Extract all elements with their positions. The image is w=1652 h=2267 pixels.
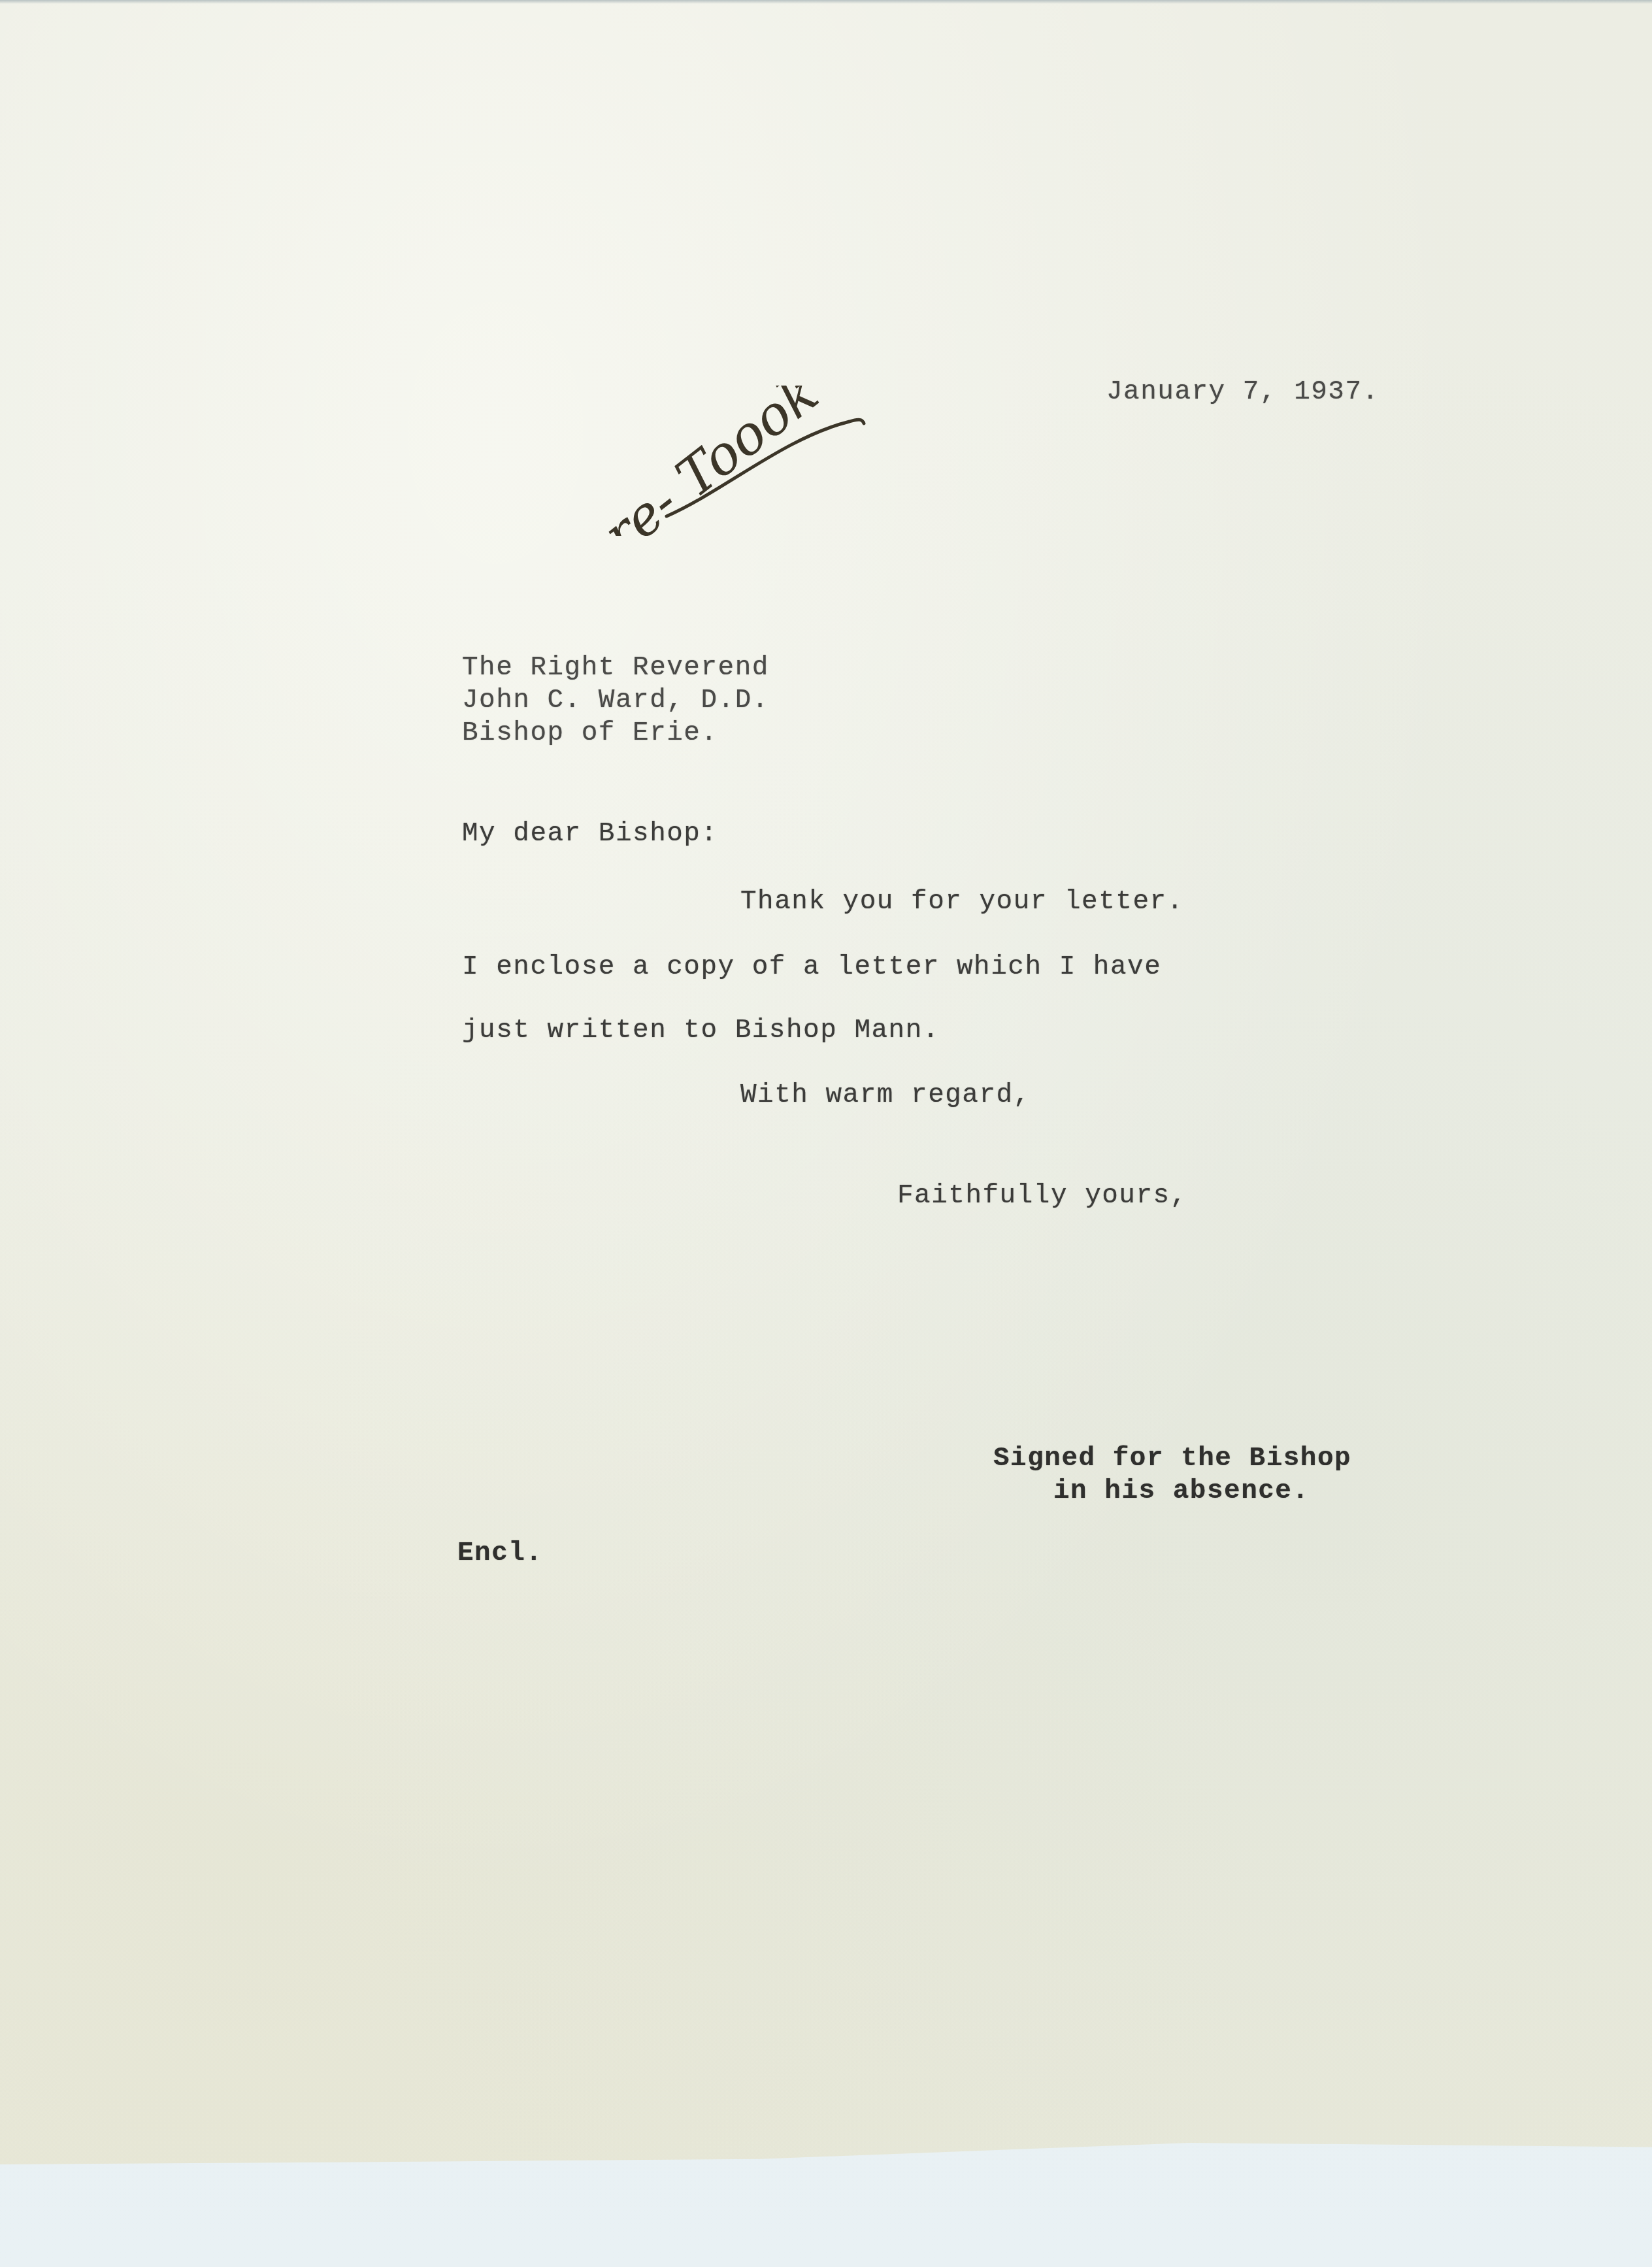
recipient-line: The Right Reverend [462, 652, 769, 684]
signed-for-line: in his absence. [1053, 1476, 1310, 1507]
body-paragraph-2-line: I enclose a copy of a letter which I hav… [462, 951, 1161, 983]
paper-top-edge [0, 0, 1652, 4]
handwritten-note: re- Toook [592, 386, 830, 536]
closing-phrase: With warm regard, [740, 1080, 1031, 1111]
valediction: Faithfully yours, [897, 1180, 1187, 1212]
handwritten-annotation: re- Toook [575, 386, 876, 536]
salutation: My dear Bishop: [462, 818, 718, 850]
body-paragraph-1: Thank you for your letter. [740, 886, 1184, 918]
letter-date: January 7, 1937. [1106, 376, 1379, 408]
recipient-line: Bishop of Erie. [462, 718, 718, 749]
letter-page: re- Toook January 7, 1937. The Right Rev… [0, 0, 1652, 2164]
body-paragraph-2-line: just written to Bishop Mann. [462, 1015, 940, 1046]
recipient-line: John C. Ward, D.D. [462, 685, 769, 716]
enclosure-notation: Encl. [457, 1538, 543, 1569]
signed-for-line: Signed for the Bishop [993, 1443, 1351, 1474]
